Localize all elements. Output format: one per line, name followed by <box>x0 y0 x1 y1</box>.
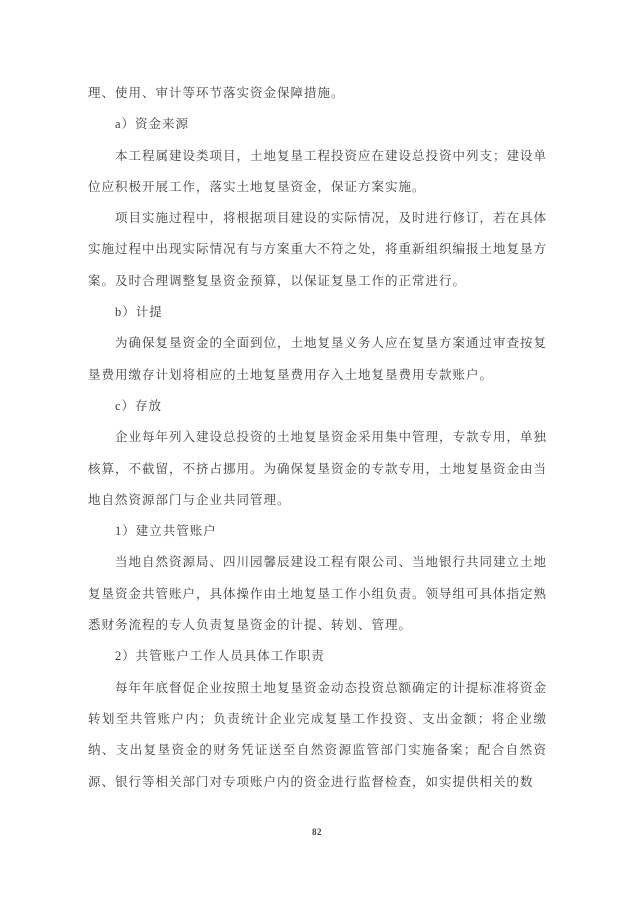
paragraph: 企业每年列入建设总投资的土地复垦资金采用集中管理，专款专用，单独核算，不截留，不… <box>88 422 547 516</box>
paragraph: 本工程属建设类项目，土地复垦工程投资应在建设总投资中列支；建设单位应积极开展工作… <box>88 141 547 204</box>
section-heading-b: b）计提 <box>88 297 547 328</box>
paragraph: 每年年底督促企业按照土地复垦资金动态投资总额确定的计提标准将资金转划至共管账户内… <box>88 673 547 798</box>
document-body: 理、使用、审计等环节落实资金保障措施。 a）资金来源 本工程属建设类项目，土地复… <box>88 78 547 798</box>
section-heading-1: 1）建立共管账户 <box>88 516 547 547</box>
document-page: 理、使用、审计等环节落实资金保障措施。 a）资金来源 本工程属建设类项目，土地复… <box>0 0 634 897</box>
paragraph: 当地自然资源局、四川园馨辰建设工程有限公司、当地银行共同建立土地复垦资金共管账户… <box>88 547 547 641</box>
page-footer: 82 <box>0 822 634 840</box>
paragraph: 理、使用、审计等环节落实资金保障措施。 <box>88 78 547 109</box>
section-heading-c: c）存放 <box>88 391 547 422</box>
section-heading-2: 2）共管账户工作人员具体工作职责 <box>88 641 547 672</box>
paragraph: 为确保复垦资金的全面到位，土地复垦义务人应在复垦方案通过审查按复垦费用缴存计划将… <box>88 328 547 391</box>
paragraph: 项目实施过程中，将根据项目建设的实际情况，及时进行修订，若在具体实施过程中出现实… <box>88 203 547 297</box>
section-heading-a: a）资金来源 <box>88 109 547 140</box>
page-number: 82 <box>312 827 322 837</box>
